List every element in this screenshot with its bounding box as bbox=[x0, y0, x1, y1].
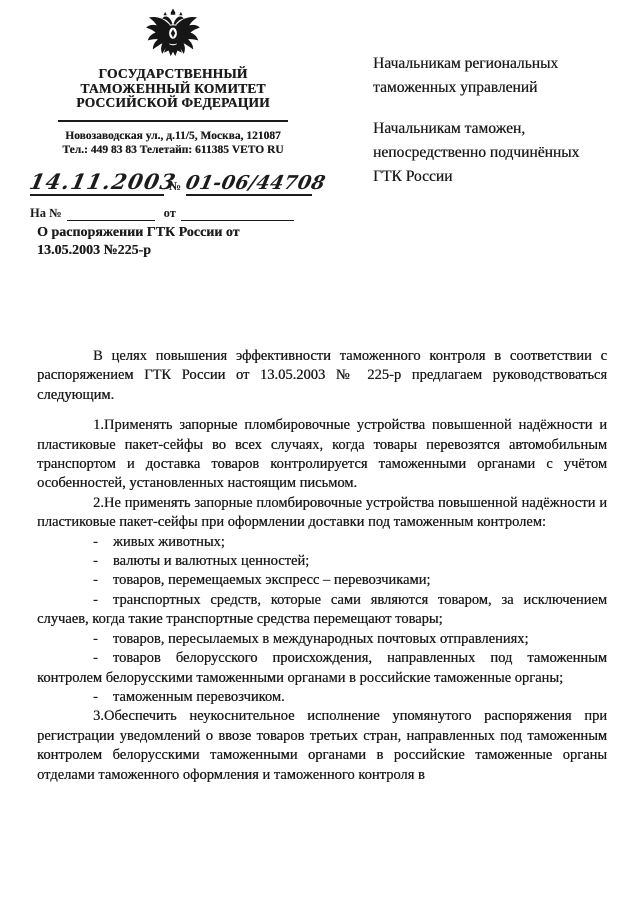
letter-body: В целях повышения эффективности таможенн… bbox=[37, 347, 607, 785]
bullet-dash: - bbox=[93, 533, 98, 552]
list-item-text: товаров, перемещаемых экспресс – перевоз… bbox=[113, 572, 431, 588]
address-line-1: Новозаводская ул., д.11/5, Москва, 12108… bbox=[30, 129, 316, 143]
list-item-text: товаров, пересылаемых в международных по… bbox=[113, 631, 529, 647]
subject-line-1: О распоряжении ГТК России от bbox=[37, 224, 277, 242]
incoming-from-label: от bbox=[164, 206, 176, 221]
document-page: ГОСУДАРСТВЕННЫЙ ТАМОЖЕННЫЙ КОМИТЕТ РОССИ… bbox=[0, 0, 640, 900]
bullet-dash: - bbox=[93, 571, 98, 590]
paragraph-2: 2.Не применять запорные пломбировочные у… bbox=[37, 494, 607, 533]
bullet-dash: - bbox=[93, 630, 98, 649]
list-item-text: живых животных; bbox=[113, 534, 225, 550]
outgoing-reference-row: 14.11.2003 № 01-06/44708 bbox=[30, 166, 322, 196]
address-line-2: Тел.: 449 83 83 Телетайп: 611385 VETO RU bbox=[30, 143, 316, 157]
list-item: -транспортных средств, которые сами явля… bbox=[37, 591, 607, 630]
bullet-dash: - bbox=[93, 552, 98, 571]
intro-paragraph: В целях повышения эффективности таможенн… bbox=[37, 347, 607, 405]
list-item-text: валюты и валютных ценностей; bbox=[113, 553, 309, 569]
recipients-block: Начальникам региональных таможенных упра… bbox=[373, 52, 611, 189]
list-item: -товаров, перемещаемых экспресс – перево… bbox=[37, 571, 607, 590]
incoming-date-blank bbox=[181, 207, 294, 221]
org-name-line-3: РОССИЙСКОЙ ФЕДЕРАЦИИ bbox=[30, 96, 316, 111]
list-item: -живых животных; bbox=[37, 533, 607, 552]
incoming-ref-label: На № bbox=[30, 206, 62, 221]
recipient-1: Начальникам региональных таможенных упра… bbox=[373, 52, 611, 100]
org-name-line-1: ГОСУДАРСТВЕННЫЙ bbox=[30, 67, 316, 82]
list-item-text: товаров белорусского происхождения, напр… bbox=[37, 650, 607, 685]
reference-block: 14.11.2003 № 01-06/44708 На № от bbox=[30, 166, 322, 221]
outgoing-number-field: 01-06/44708 bbox=[186, 172, 312, 196]
paragraph-3: 3.Обеспечить неукоснительное исполнение … bbox=[37, 707, 607, 785]
outgoing-number-handwritten: 01-06/44708 bbox=[184, 172, 328, 194]
org-name-line-2: ТАМОЖЕННЫЙ КОМИТЕТ bbox=[30, 82, 316, 97]
bullet-dash: - bbox=[93, 688, 98, 707]
recipient-2: Начальникам таможен, непосредственно под… bbox=[373, 117, 611, 189]
list-item: -таможенным перевозчиком. bbox=[37, 688, 607, 707]
letterhead-divider bbox=[58, 120, 288, 122]
outgoing-date-handwritten: 14.11.2003 bbox=[27, 169, 179, 194]
bullet-dash: - bbox=[93, 649, 98, 668]
list-item: -товаров, пересылаемых в международных п… bbox=[37, 630, 607, 649]
letterhead: ГОСУДАРСТВЕННЫЙ ТАМОЖЕННЫЙ КОМИТЕТ РОССИ… bbox=[30, 8, 316, 157]
coat-of-arms-icon bbox=[145, 8, 201, 64]
incoming-reference-row: На № от bbox=[30, 203, 322, 221]
list-item-text: транспортных средств, которые сами являю… bbox=[37, 592, 607, 627]
subject-block: О распоряжении ГТК России от 13.05.2003 … bbox=[37, 224, 277, 259]
paragraph-1: 1.Применять запорные пломбировочные устр… bbox=[37, 416, 607, 494]
list-item: -валюты и валютных ценностей; bbox=[37, 552, 607, 571]
list-item-text: таможенным перевозчиком. bbox=[113, 689, 285, 705]
bullet-dash: - bbox=[93, 591, 98, 610]
incoming-number-blank bbox=[67, 207, 155, 221]
outgoing-date-field: 14.11.2003 bbox=[30, 169, 164, 196]
list-item: -товаров белорусского происхождения, нап… bbox=[37, 649, 607, 688]
subject-line-2: 13.05.2003 №225-р bbox=[37, 242, 277, 260]
